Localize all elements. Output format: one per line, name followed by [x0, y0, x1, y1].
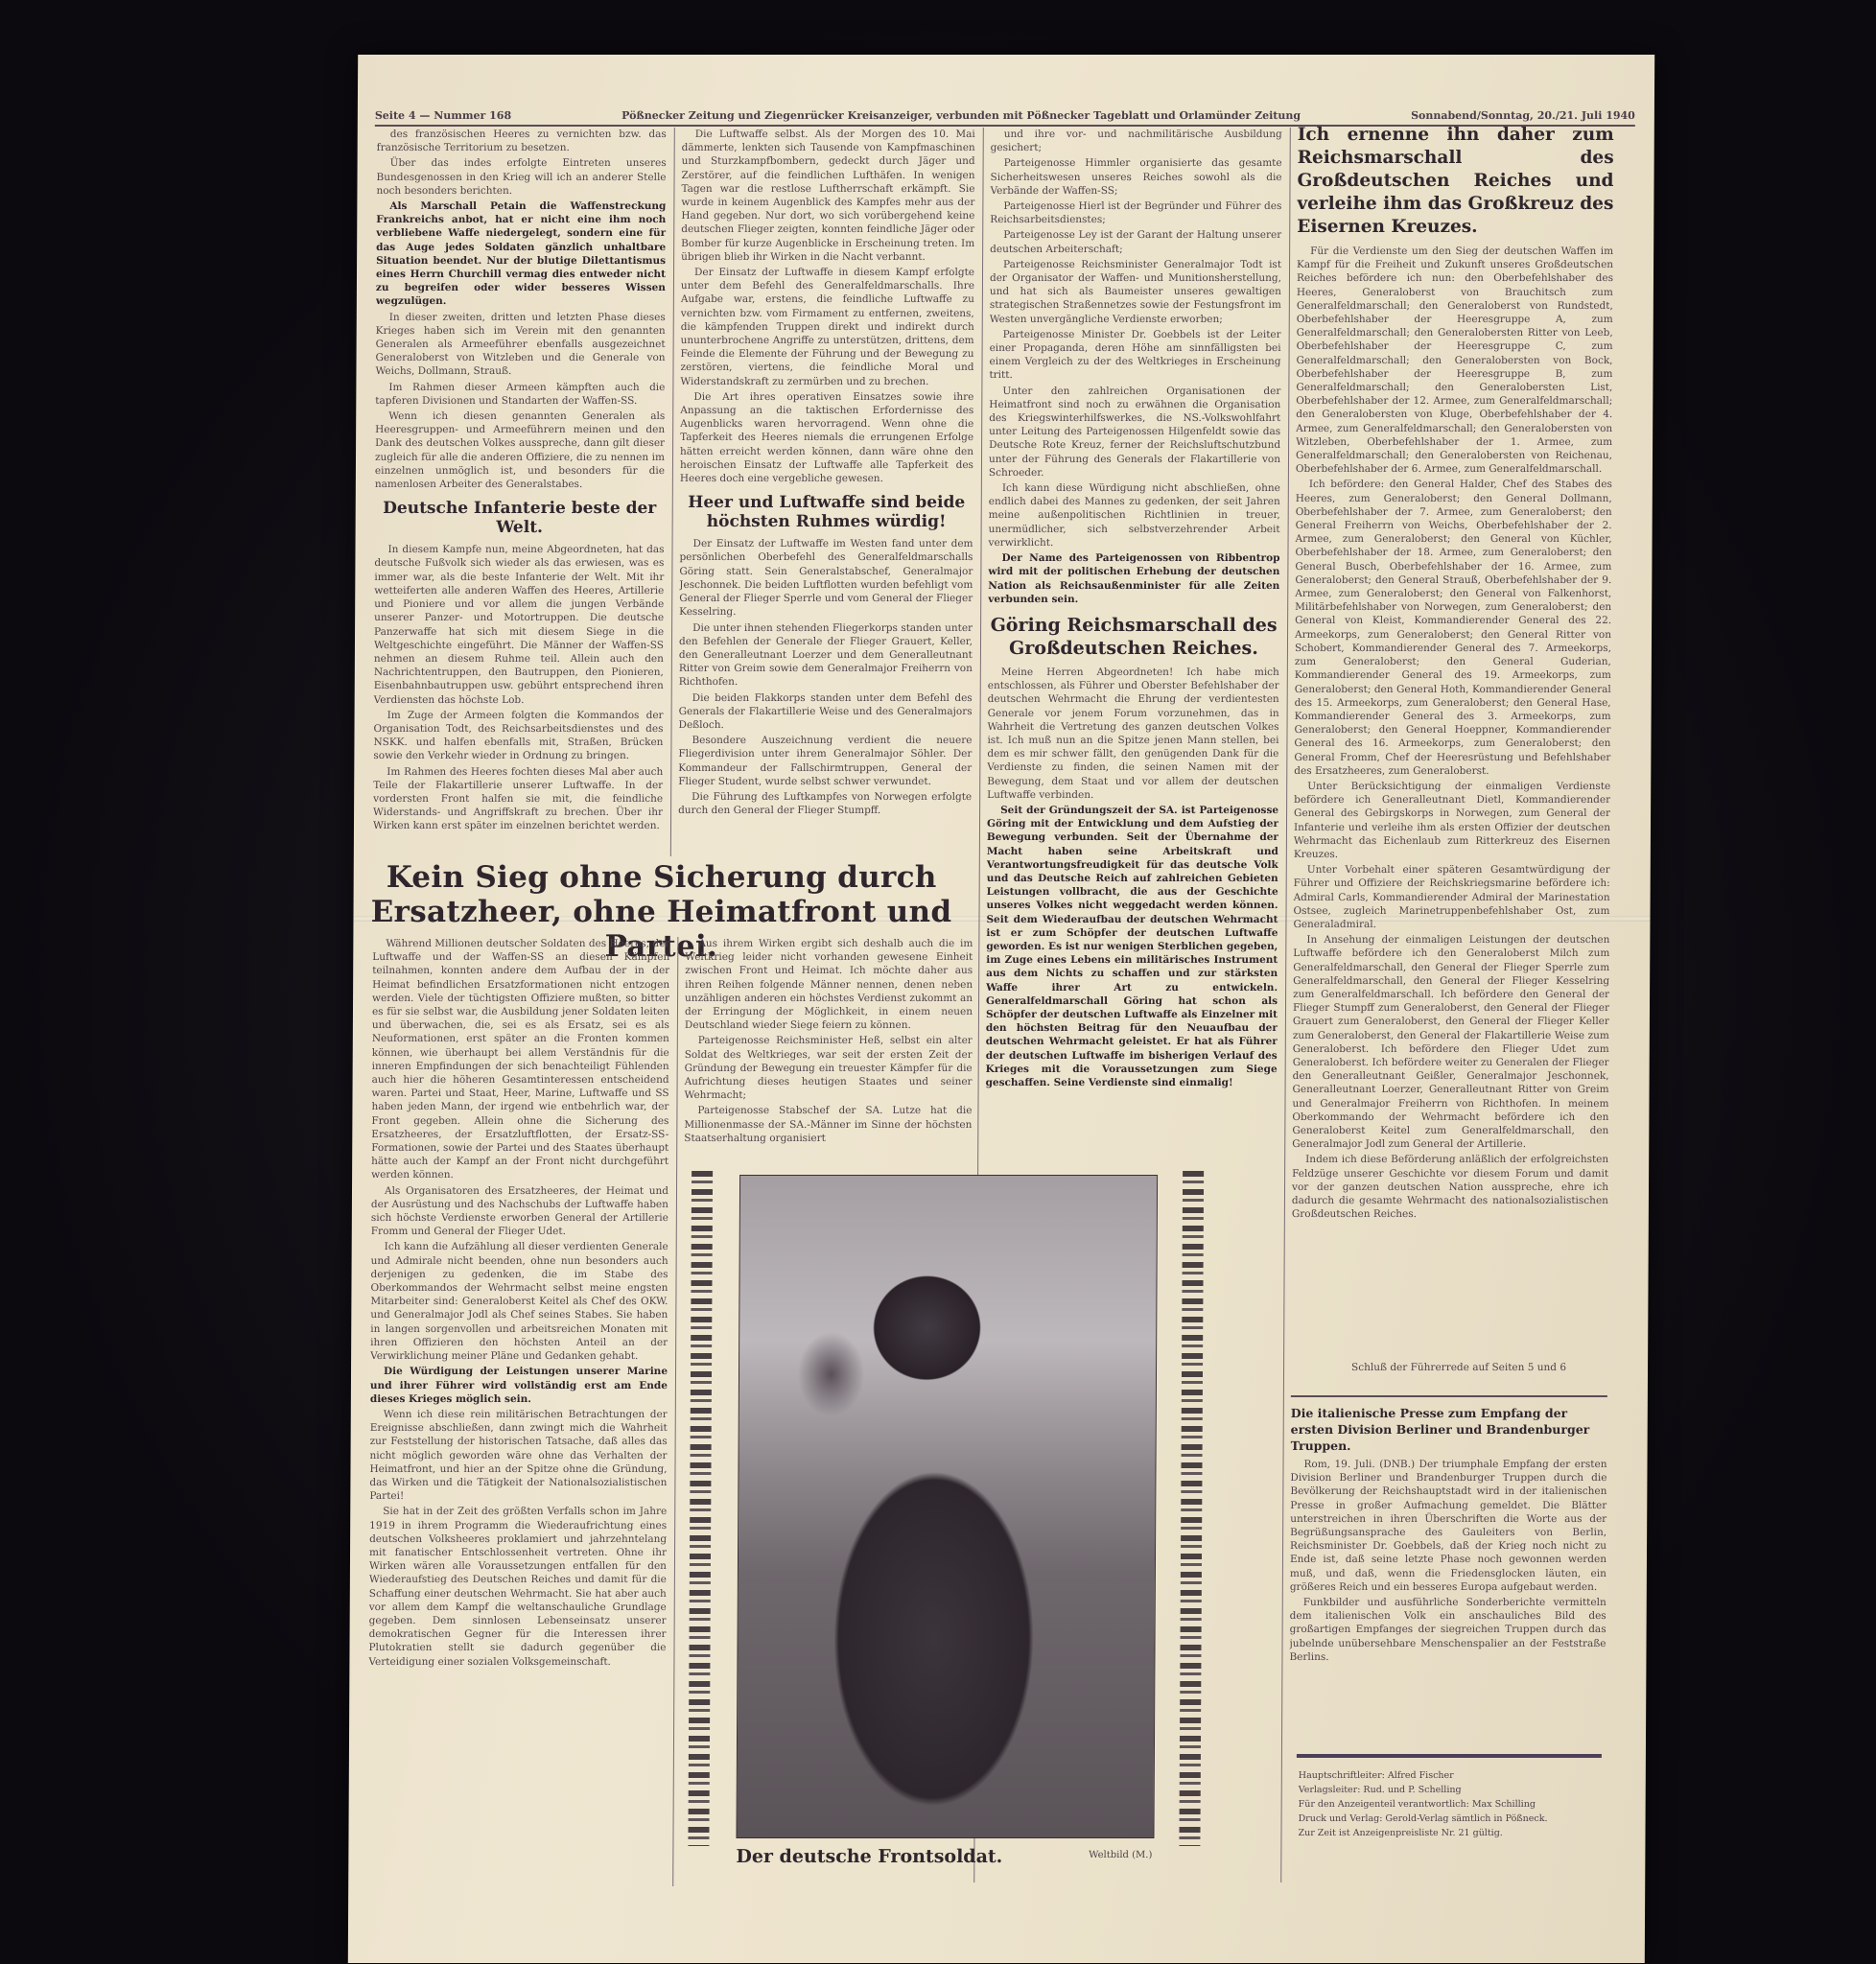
- paragraph: Als Organisatoren des Ersatzheeres, der …: [371, 1184, 668, 1239]
- paragraph: Rom, 19. Juli. (DNB.) Der triumphale Emp…: [1290, 1458, 1607, 1594]
- imprint-line: Hauptschriftleiter: Alfred Fischer: [1299, 1768, 1607, 1783]
- paragraph: Ich befördere: den General Halder, Chef …: [1294, 478, 1612, 777]
- imprint-line: Druck und Verlag: Gerold-Verlag sämtlich…: [1299, 1812, 1607, 1826]
- paragraph: In Ansehung der einmaligen Leistungen de…: [1292, 933, 1609, 1151]
- paragraph: Die unter ihnen stehenden Fliegerkorps s…: [679, 621, 973, 690]
- column-2: Die Luftwaffe selbst. Als der Morgen des…: [678, 128, 975, 851]
- issue-date: Sonnabend/Sonntag, 20./21. Juli 1940: [1411, 109, 1635, 122]
- paragraph: Wenn ich diese rein militärischen Betrac…: [369, 1408, 668, 1503]
- paragraph: Im Rahmen dieser Armeen kämpften auch di…: [375, 381, 665, 408]
- paragraph: Parteigenosse Ley ist der Garant der Hal…: [990, 228, 1281, 255]
- paragraph: Unter den zahlreichen Organisationen der…: [989, 385, 1281, 479]
- paragraph: Die Führung des Luftkampfes von Norwegen…: [678, 790, 972, 817]
- paragraph: Die beiden Flakkorps standen unter dem B…: [679, 691, 973, 733]
- paragraph: Als Marschall Petain die Waffenstreckung…: [376, 199, 667, 309]
- bold-text: Als Marschall Petain die Waffenstreckung…: [376, 200, 667, 307]
- paragraph: Meine Herren Abgeordneten! Ich habe mich…: [987, 666, 1279, 802]
- newspaper-page: Seite 4 — Nummer 168 Pößnecker Zeitung u…: [348, 55, 1654, 1963]
- masthead: Seite 4 — Nummer 168 Pößnecker Zeitung u…: [375, 99, 1635, 127]
- subhead-goering: Göring Reichsmarschall des Großdeutschen…: [988, 614, 1279, 660]
- paragraph: Aus ihrem Wirken ergibt sich deshalb auc…: [685, 937, 973, 1032]
- imprint-line: Zur Zeit ist Anzeigenpreisliste Nr. 21 g…: [1298, 1826, 1606, 1840]
- paragraph: Wenn ich diesen genannten Generalen als …: [375, 409, 665, 491]
- lower-column-1: Während Millionen deutscher Soldaten des…: [367, 937, 669, 1896]
- soldier-photo: [736, 1175, 1158, 1838]
- paragraph: des französischen Heeres zu vernichten b…: [377, 128, 667, 154]
- paragraph: Parteigenosse Reichsminister Generalmajo…: [990, 258, 1281, 326]
- imprint-line: Verlagsleiter: Rud. und P. Schelling: [1299, 1783, 1607, 1797]
- paragraph: In diesem Kampfe nun, meine Abgeordneten…: [374, 543, 665, 706]
- paragraph: Für die Verdienste um den Sieg der deuts…: [1296, 245, 1613, 476]
- paragraph: Die Luftwaffe selbst. Als der Morgen des…: [681, 128, 975, 264]
- italy-article: Die italienische Presse zum Empfang der …: [1289, 1405, 1607, 1760]
- page-number: Seite 4 — Nummer 168: [375, 109, 511, 122]
- paragraph: Ich kann diese Würdigung nicht abschließ…: [989, 481, 1280, 549]
- imprint-rule: [1297, 1754, 1602, 1758]
- photo-caption: Der deutsche Frontsoldat.: [736, 1846, 1002, 1867]
- paragraph: Der Name des Parteigenossen von Ribbentr…: [988, 551, 1279, 606]
- column-1: des französischen Heeres zu vernichten b…: [373, 128, 667, 851]
- column-3: und ihre vor- und nachmilitärische Ausbi…: [985, 128, 1282, 1182]
- paper-name: Pößnecker Zeitung und Ziegenrücker Kreis…: [621, 109, 1301, 122]
- column-4: Ich ernenne ihn daher zum Reichsmarschal…: [1291, 124, 1614, 1405]
- paragraph: Parteigenosse Hierl ist der Begründer un…: [990, 199, 1281, 226]
- paragraph: Unter Berücksichtigung der einmaligen Ve…: [1294, 780, 1610, 861]
- bold-text: Seit der Gründungszeit der SA. ist Parte…: [986, 805, 1279, 1088]
- subhead-infantry: Deutsche Infanterie beste der Welt.: [375, 499, 665, 537]
- lower-column-2: Aus ihrem Wirken ergibt sich deshalb auc…: [684, 937, 973, 1163]
- paragraph: Ich kann die Aufzählung all dieser verdi…: [370, 1240, 668, 1363]
- paragraph: Parteigenosse Himmler organisierte das g…: [990, 156, 1281, 198]
- paragraph: Indem ich diese Beförderung anläßlich de…: [1292, 1153, 1608, 1221]
- paragraph: Parteigenosse Stabschef der SA. Lutze ha…: [684, 1104, 972, 1145]
- paragraph: Die Würdigung der Leistungen unserer Mar…: [370, 1365, 668, 1406]
- paragraph: Sie hat in der Zeit des größten Verfalls…: [368, 1505, 667, 1668]
- paragraph: und ihre vor- und nachmilitärische Ausbi…: [991, 128, 1282, 154]
- paragraph: Parteigenosse Minister Dr. Goebbels ist …: [989, 328, 1280, 383]
- photo-frame: Der deutsche Frontsoldat. Weltbild (M.): [678, 1171, 1213, 1884]
- paragraph: Seit der Gründungszeit der SA. ist Parte…: [986, 804, 1279, 1089]
- paragraph: Über das indes erfolgte Eintreten unsere…: [376, 156, 666, 198]
- imprint-line: Für den Anzeigenteil verantwortlich: Max…: [1299, 1797, 1607, 1812]
- paragraph: Unter Vorbehalt einer späteren Gesamtwür…: [1293, 863, 1609, 931]
- paragraph: Der Einsatz der Luftwaffe in diesem Kamp…: [680, 266, 974, 388]
- lead-appointment: Ich ernenne ihn daher zum Reichsmarschal…: [1297, 124, 1614, 239]
- section-rule: [1291, 1395, 1607, 1397]
- paragraph: Während Millionen deutscher Soldaten des…: [371, 937, 669, 1182]
- paragraph: Der Einsatz der Luftwaffe im Westen fand…: [679, 537, 973, 619]
- italy-headline: Die italienische Presse zum Empfang der …: [1291, 1405, 1607, 1454]
- bold-text: Die Würdigung der Leistungen unserer Mar…: [370, 1366, 668, 1404]
- continued-note: Schluß der Führerrede auf Seiten 5 und 6: [1310, 1361, 1607, 1378]
- photo-credit: Weltbild (M.): [1089, 1850, 1152, 1860]
- paragraph: Im Zuge der Armeen folgten die Kommandos…: [373, 709, 663, 763]
- paragraph: Besondere Auszeichnung verdient die neue…: [678, 734, 972, 788]
- column-rule: [672, 937, 678, 1886]
- oak-leaf-border-icon: [688, 1171, 713, 1846]
- bold-text: Der Name des Parteigenossen von Ribbentr…: [988, 552, 1279, 605]
- subhead-army-airforce: Heer und Luftwaffe sind beide höchsten R…: [680, 493, 973, 531]
- paragraph: Funkbilder und ausführliche Sonderberich…: [1289, 1596, 1606, 1664]
- paragraph: Parteigenosse Reichsminister Heß, selbst…: [684, 1034, 972, 1102]
- paragraph: Die Art ihres operativen Einsatzes sowie…: [680, 390, 974, 485]
- paragraph: Im Rahmen des Heeres fochten dieses Mal …: [373, 765, 663, 833]
- paragraph: In dieser zweiten, dritten und letzten P…: [375, 311, 665, 379]
- oak-leaf-border-icon: [1179, 1171, 1204, 1846]
- imprint: Hauptschriftleiter: Alfred Fischer Verla…: [1298, 1768, 1606, 1840]
- continued-text: Schluß der Führerrede auf Seiten 5 und 6: [1351, 1362, 1566, 1373]
- column-rule: [670, 128, 675, 856]
